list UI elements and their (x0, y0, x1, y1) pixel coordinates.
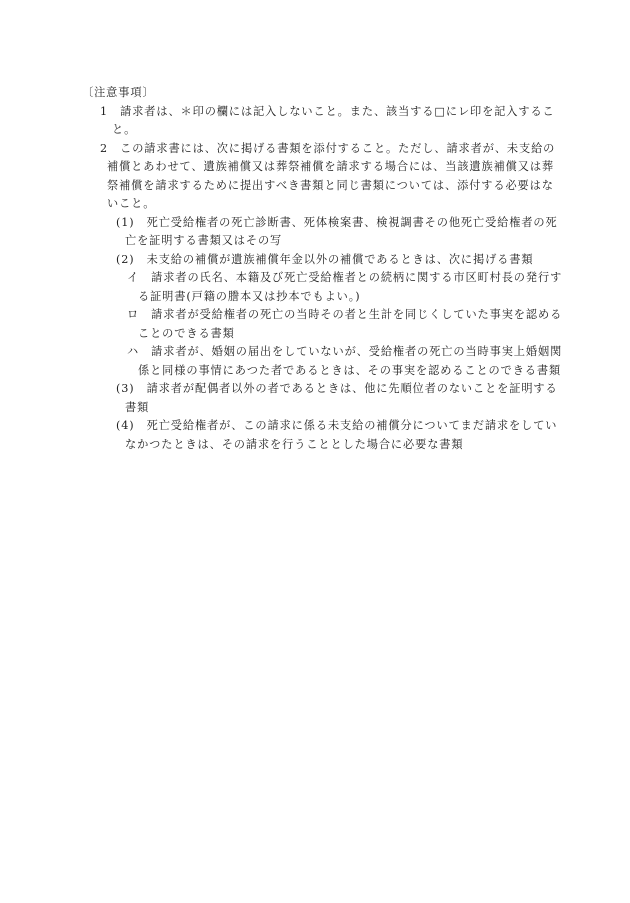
sub-item-4: (4) 死亡受給権者が、この請求に係る未支給の補償分についてまだ請求をしてい (116, 419, 557, 433)
note-item-2-cont: 補償とあわせて、遺族補償又は葬祭補償を請求する場合には、当該遺族補償又は葬 (107, 160, 554, 174)
sub-item-2-i-cont: る証明書(戸籍の謄本又は抄本でもよい。) (138, 290, 361, 304)
note-item-1: 1 請求者は、＊印の欄には記入しないこと。また、該当する□にレ印を記入するこ (100, 105, 555, 119)
sub-item-2-i: イ 請求者の氏名、本籍及び死亡受給権者との続柄に関する市区町村長の発行す (127, 271, 562, 285)
note-item-2: 2 この請求書には、次に掲げる書類を添付すること。ただし、請求者が、未支給の (100, 142, 555, 156)
sub-item-2-ha: ハ 請求者が、婚姻の届出をしていないが、受給権者の死亡の当時事実上婚姻関 (127, 345, 562, 359)
sub-item-1: (1) 死亡受給権者の死亡診断書、死体検案書、検視調書その他死亡受給権者の死 (116, 216, 558, 230)
sub-item-4-cont: なかつたときは、その請求を行うこととした場合に必要な書類 (125, 438, 463, 452)
sub-item-3: (3) 請求者が配偶者以外の者であるときは、他に先順位者のないことを証明する (116, 382, 558, 396)
document-page: 〔注意事項〕 1 請求者は、＊印の欄には記入しないこと。また、該当する□にレ印を… (0, 0, 630, 903)
note-item-2-cont: 祭補償を請求するために提出すべき書類と同じ書類については、添付する必要はな (107, 179, 554, 193)
note-item-1-cont: と。 (112, 123, 136, 137)
note-item-2-cont: いこと。 (107, 197, 155, 211)
sub-item-2: (2) 未支給の補償が遺族補償年金以外の補償であるときは、次に掲げる書類 (116, 253, 533, 267)
notes-heading: 〔注意事項〕 (82, 86, 155, 100)
sub-item-3-cont: 書類 (125, 401, 149, 415)
sub-item-1-cont: 亡を証明する書類又はその写 (125, 234, 282, 248)
sub-item-2-ha-cont: 係と同様の事情にあつた者であるときは、その事実を認めることのできる書類 (138, 364, 561, 378)
sub-item-2-ro-cont: ことのできる書類 (138, 327, 235, 341)
sub-item-2-ro: ロ 請求者が受給権者の死亡の当時その者と生計を同じくしていた事実を認める (127, 308, 562, 322)
